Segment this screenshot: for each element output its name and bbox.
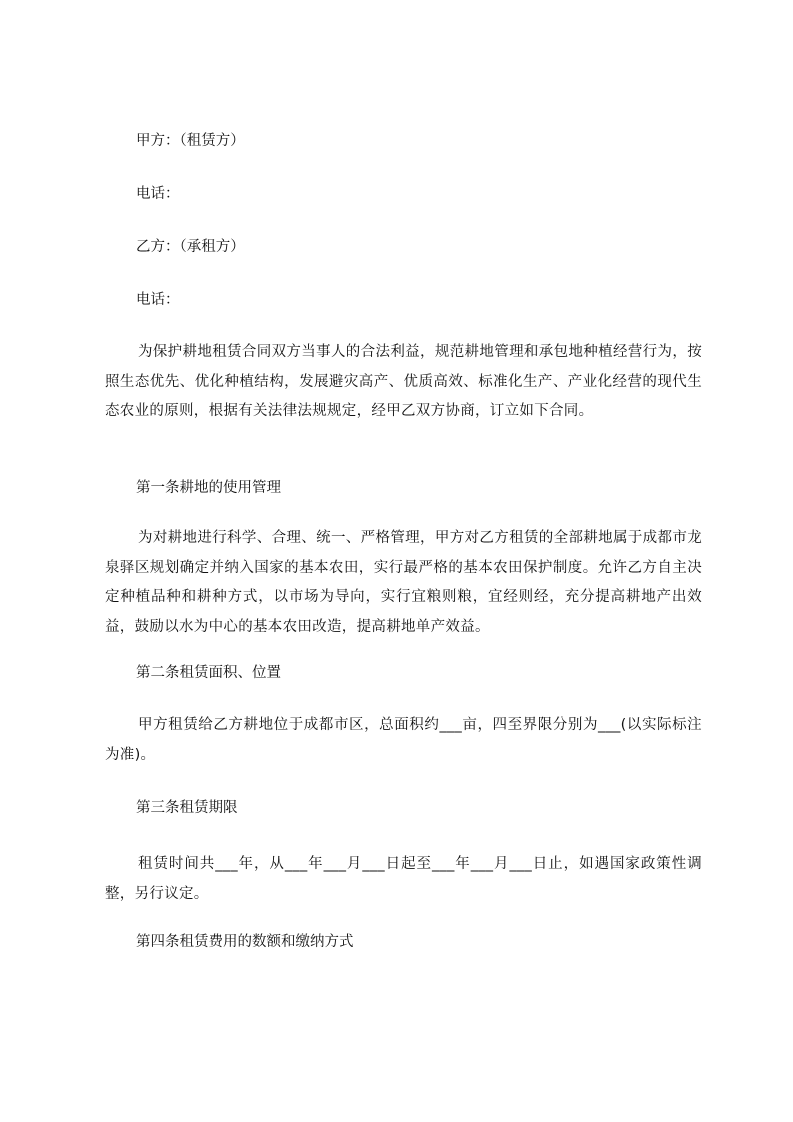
section-3-body: 租赁时间共___年，从___年___月___日起至___年___月___日止，如… (105, 850, 702, 909)
party-a-label: 甲方：（租赁方） (136, 131, 245, 151)
section-4-title: 第四条租赁费用的数额和缴纳方式 (136, 932, 354, 952)
section-3-title: 第三条租赁期限 (136, 798, 238, 818)
section-1-title: 第一条耕地的使用管理 (136, 478, 281, 498)
party-a-phone-label: 电话： (136, 184, 180, 204)
section-2-body: 甲方租赁给乙方耕地位于成都市区，总面积约___亩，四至界限分别为___(以实际标… (105, 711, 702, 770)
party-b-phone-label: 电话： (136, 290, 180, 310)
preamble-paragraph: 为保护耕地租赁合同双方当事人的合法利益，规范耕地管理和承包地种植经营行为，按照生… (105, 338, 702, 427)
section-1-body: 为对耕地进行科学、合理、统一、严格管理，甲方对乙方租赁的全部耕地属于成都市龙泉驿… (105, 524, 702, 642)
party-b-label: 乙方：（承租方） (136, 237, 245, 257)
section-2-title: 第二条租赁面积、位置 (136, 663, 281, 683)
